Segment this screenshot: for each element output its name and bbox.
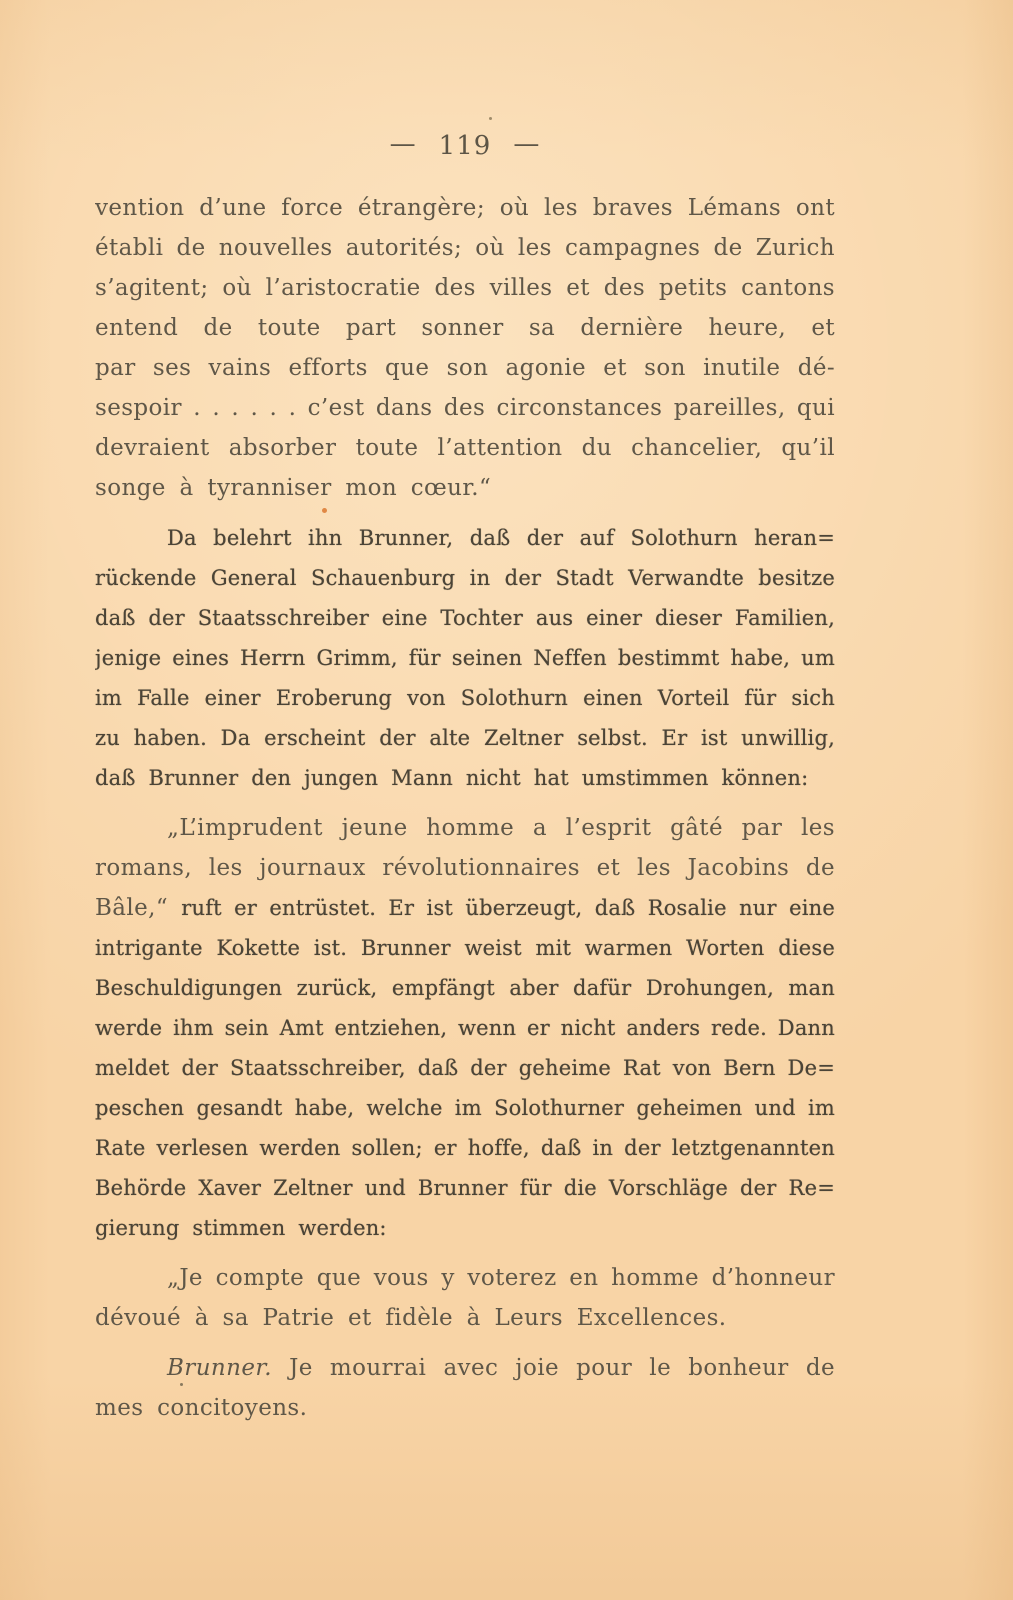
paragraph-mixed-quote-and-narration: „L’imprudent jeune homme a l’esprit gâté… xyxy=(95,808,835,1248)
text-segment-antiqua: devraient absorber toute l’attention du … xyxy=(95,435,835,461)
red-ink-dot xyxy=(322,508,327,513)
text-segment-fraktur: zu haben. Da erscheint der alte Zeltner … xyxy=(95,726,835,750)
text-line: entend de toute part sonner sa dernière … xyxy=(95,308,835,348)
text-segment-fraktur: peschen gesandt habe, welche im Solothur… xyxy=(95,1096,835,1128)
text-segment-antiqua: sespoir . . . . . . c’est dans des circo… xyxy=(95,395,835,421)
header-dash-left: — xyxy=(390,129,417,159)
text-line: daß der Staatsschreiber eine Tochter aus… xyxy=(95,598,835,638)
paper-speck-top xyxy=(489,117,492,120)
text-segment-antiqua: songe à tyranniser mon cœur.“ xyxy=(95,475,491,501)
text-line: im Falle einer Eroberung von Solothurn e… xyxy=(95,678,835,718)
text-line: mes concitoyens. xyxy=(95,1388,835,1428)
text-line: „Je compte que vous y voterez en homme d… xyxy=(95,1258,835,1298)
text-segment-italic: Brunner. xyxy=(167,1355,272,1381)
text-line: peschen gesandt habe, welche im Solothur… xyxy=(95,1088,835,1128)
scanned-book-page: { "page": { "header": { "dash_left": "—"… xyxy=(0,0,1013,1600)
text-line: daß Brunner den jungen Mann nicht hat um… xyxy=(95,758,835,798)
text-line: devraient absorber toute l’attention du … xyxy=(95,428,835,468)
text-line: par ses vains efforts que son agonie et … xyxy=(95,348,835,388)
text-line: Beschuldigungen zurück, empfängt aber da… xyxy=(95,968,835,1008)
text-segment-antiqua: dévoué à sa Patrie et fidèle à Leurs Exc… xyxy=(95,1305,727,1331)
text-line: „L’imprudent jeune homme a l’esprit gâté… xyxy=(95,808,835,848)
text-segment-fraktur: im Falle einer Eroberung von Solothurn e… xyxy=(95,686,835,710)
paragraph-french-quote-je-compte: „Je compte que vous y voterez en homme d… xyxy=(95,1258,835,1338)
text-segment-antiqua: romans, les journaux révolutionnaires et… xyxy=(95,855,835,881)
text-segment-antiqua: établi de nouvelles autorités; où les ca… xyxy=(95,235,835,261)
paper-speck-bottom xyxy=(180,1383,183,1386)
text-line: rückende General Schauenburg in der Stad… xyxy=(95,558,835,598)
text-line: s’agitent; où l’aristocratie des villes … xyxy=(95,268,835,308)
text-line: dévoué à sa Patrie et fidèle à Leurs Exc… xyxy=(95,1298,835,1338)
text-segment-fraktur: rückende General Schauenburg in der Stad… xyxy=(95,566,835,598)
text-segment-antiqua: Bâle,“ xyxy=(95,895,181,921)
text-segment-fraktur: Beschuldigungen zurück, empfängt aber da… xyxy=(95,976,835,1000)
text-segment-fraktur: intrigante Kokette ist. Brunner weist mi… xyxy=(95,936,835,960)
text-segment-fraktur: Da belehrt ihn Brunner, daß der auf Solo… xyxy=(167,526,835,550)
text-line: Rate verlesen werden sollen; er hoffe, d… xyxy=(95,1128,835,1168)
text-line: jenige eines Herrn Grimm, für seinen Nef… xyxy=(95,638,835,678)
text-line: sespoir . . . . . . c’est dans des circo… xyxy=(95,388,835,428)
text-line: Da belehrt ihn Brunner, daß der auf Solo… xyxy=(95,518,835,558)
header-dash-right: — xyxy=(513,129,540,159)
text-segment-antiqua: par ses vains efforts que son agonie et … xyxy=(95,355,835,381)
text-segment-antiqua: entend de toute part sonner sa dernière … xyxy=(95,315,835,348)
text-segment-fraktur: daß der Staatsschreiber eine Tochter aus… xyxy=(95,606,835,638)
page-header: —119— xyxy=(95,131,835,161)
text-line: songe à tyranniser mon cœur.“ xyxy=(95,468,835,508)
page-number: 119 xyxy=(439,131,492,161)
text-segment-antiqua: „L’imprudent jeune homme a l’esprit gâté… xyxy=(167,815,835,841)
page-scan-surface: —119— vention d’une force étrangère; où … xyxy=(0,0,1013,1600)
text-line: intrigante Kokette ist. Brunner weist mi… xyxy=(95,928,835,968)
text-line: vention d’une force étrangère; où les br… xyxy=(95,188,835,228)
paragraph-french-monologue-continuation: vention d’une force étrangère; où les br… xyxy=(95,188,835,508)
text-line: Behörde Xaver Zeltner und Brunner für di… xyxy=(95,1168,835,1208)
text-line: Bâle,“ ruft er entrüstet. Er ist überzeu… xyxy=(95,888,835,928)
text-segment-antiqua: mes concitoyens. xyxy=(95,1395,307,1421)
text-block: vention d’une force étrangère; où les br… xyxy=(95,188,835,1428)
text-segment-antiqua: „Je compte que vous y voterez en homme d… xyxy=(167,1265,835,1291)
text-segment-fraktur: daß Brunner den jungen Mann nicht hat um… xyxy=(95,766,808,790)
text-segment-fraktur: Behörde Xaver Zeltner und Brunner für di… xyxy=(95,1176,835,1200)
text-segment-fraktur: ruft er entrüstet. Er ist überzeugt, daß… xyxy=(181,896,835,920)
text-line: werde ihm sein Amt entziehen, wenn er ni… xyxy=(95,1008,835,1048)
text-segment-fraktur: jenige eines Herrn Grimm, für seinen Nef… xyxy=(95,646,835,670)
text-line: établi de nouvelles autorités; où les ca… xyxy=(95,228,835,268)
text-line: meldet der Staatsschreiber, daß der gehe… xyxy=(95,1048,835,1088)
text-line: zu haben. Da erscheint der alte Zeltner … xyxy=(95,718,835,758)
text-segment-fraktur: Rate verlesen werden sollen; er hoffe, d… xyxy=(95,1136,835,1160)
text-segment-fraktur: gierung stimmen werden: xyxy=(95,1216,387,1240)
paragraph-brunner-reply: Brunner. Je mourrai avec joie pour le bo… xyxy=(95,1348,835,1428)
text-line: gierung stimmen werden: xyxy=(95,1208,835,1248)
text-segment-antiqua: vention d’une force étrangère; où les br… xyxy=(95,195,835,221)
text-segment-fraktur: werde ihm sein Amt entziehen, wenn er ni… xyxy=(95,1016,835,1040)
text-line: Brunner. Je mourrai avec joie pour le bo… xyxy=(95,1348,835,1388)
text-segment-antiqua: s’agitent; où l’aristocratie des villes … xyxy=(95,275,835,301)
text-segment-antiqua: Je mourrai avec joie pour le bonheur de xyxy=(272,1355,835,1381)
paragraph-german-narration-zeltner: Da belehrt ihn Brunner, daß der auf Solo… xyxy=(95,518,835,798)
text-line: romans, les journaux révolutionnaires et… xyxy=(95,848,835,888)
text-segment-fraktur: meldet der Staatsschreiber, daß der gehe… xyxy=(95,1056,835,1080)
